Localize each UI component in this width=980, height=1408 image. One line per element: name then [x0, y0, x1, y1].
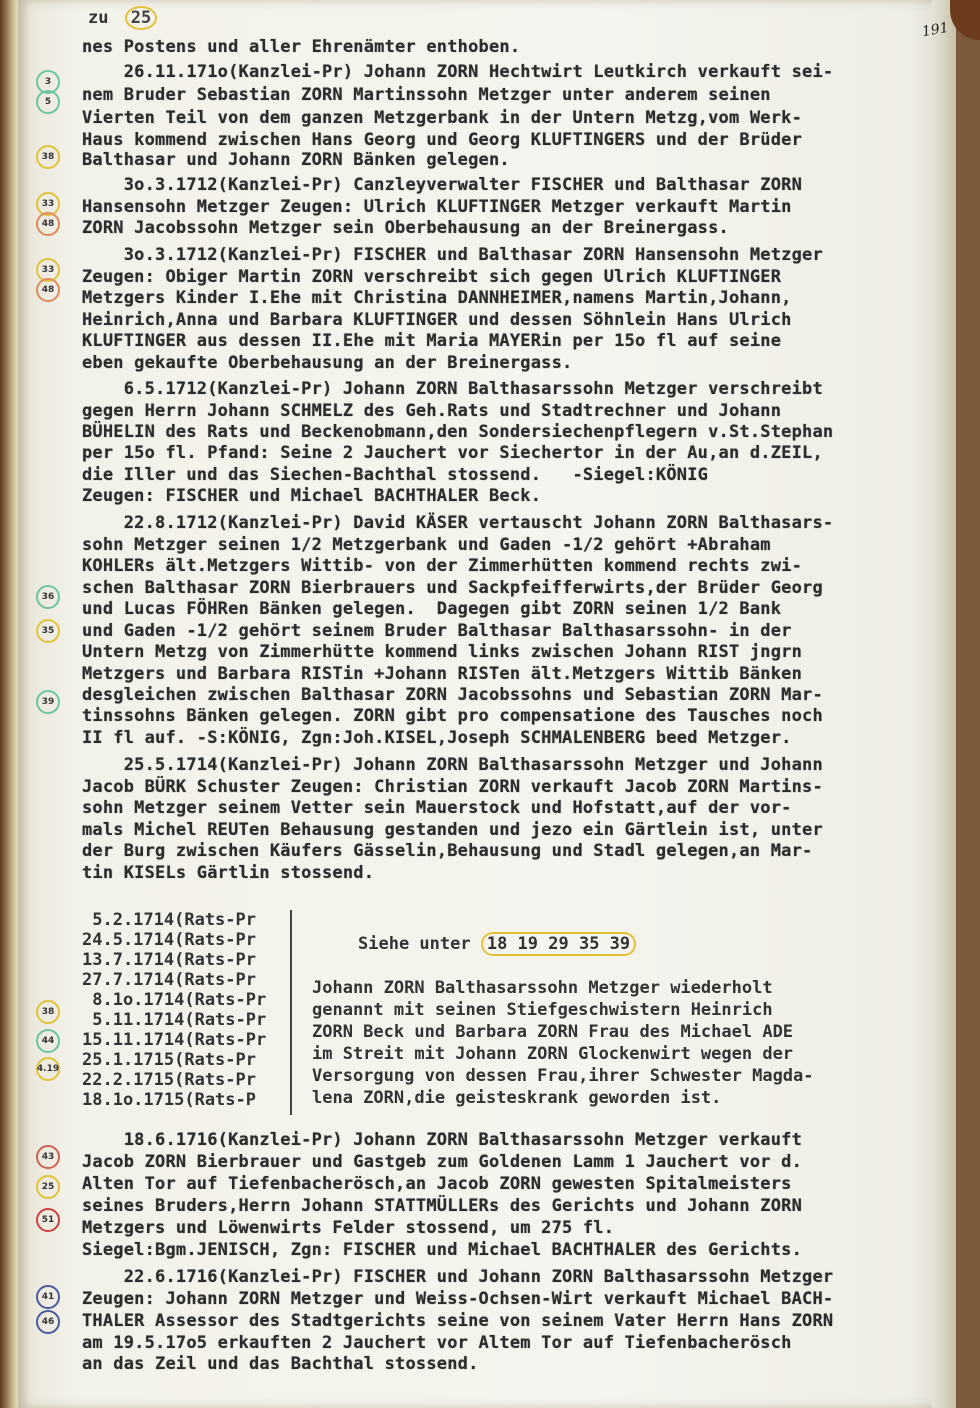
text-line: KLUFTINGER aus dessen II.Ehe mit Maria M… — [82, 333, 781, 350]
see-under-numbers: 18 19 29 35 39 — [481, 932, 636, 956]
text-line: Vierten Teil von dem ganzen Metzgerbank … — [82, 110, 802, 127]
text-line: 6.5.1712(Kanzlei-Pr) Johann ZORN Balthas… — [82, 381, 823, 398]
text-line: sohn Metzger seinen 1/2 Metzgerbank und … — [82, 537, 771, 554]
page-edge — [932, 0, 956, 1408]
summary-line: lena ZORN,die geisteskrank geworden ist. — [312, 1088, 814, 1110]
text-line: 22.8.1712(Kanzlei-Pr) David KÄSER vertau… — [82, 515, 833, 532]
summary-line: Versorgung von dessen Frau,ihrer Schwest… — [312, 1066, 814, 1088]
text-line: Zeugen: FISCHER und Michael BACHTHALER B… — [82, 488, 541, 505]
margin-circle-mark: 35 — [36, 619, 60, 643]
text-line: Haus kommend zwischen Hans Georg und Geo… — [82, 132, 802, 149]
text-line: am 19.5.17o5 erkauften 2 Jauchert vor Al… — [82, 1335, 792, 1352]
text-line: tinssohns Bänken gelegen. ZORN gibt pro … — [82, 708, 823, 725]
text-line: an das Zeil und das Bachthal stossend. — [82, 1356, 479, 1373]
text-line: 22.6.1716(Kanzlei-Pr) FISCHER und Johann… — [82, 1269, 833, 1286]
text-line: Jacob ZORN Bierbrauer und Gastgeb zum Go… — [82, 1154, 802, 1171]
text-line: 3o.3.1712(Kanzlei-Pr) FISCHER und Baltha… — [82, 247, 823, 264]
summary-line: im Streit mit Johann ZORN Glockenwirt we… — [312, 1044, 814, 1066]
text-line: mals Michel REUTen Behausung gestanden u… — [82, 822, 823, 839]
rats-entry: 15.11.1714(Rats-Pr — [82, 1030, 266, 1050]
margin-circle-mark: 5 — [36, 90, 60, 114]
rats-entry: 25.1.1715(Rats-Pr — [82, 1050, 266, 1070]
margin-circle-mark: 48 — [36, 278, 60, 302]
text-line: 3o.3.1712(Kanzlei-Pr) Canzleyverwalter F… — [82, 177, 802, 194]
text-line: Balthasar und Johann ZORN Bänken gelegen… — [82, 152, 510, 169]
header-ref-number: 25 — [125, 6, 157, 30]
text-line: eben gekaufte Oberbehausung an der Brein… — [82, 355, 572, 372]
text-line: tin KISELs Gärtlin stossend. — [82, 865, 374, 882]
text-line: nem Bruder Sebastian ZORN Martinssohn Me… — [82, 87, 771, 104]
text-line: Metzgers und Barbara RISTin +Johann RIST… — [82, 666, 802, 683]
text-line: THALER Assessor des Stadtgerichts seine … — [82, 1313, 833, 1330]
rats-protocol-list: 5.2.1714(Rats-Pr24.5.1714(Rats-Pr13.7.17… — [82, 910, 266, 1110]
margin-circle-mark: 36 — [36, 585, 60, 609]
brace-divider — [282, 910, 292, 1115]
text-line: BÜHELIN des Rats und Beckenobmann,den So… — [82, 424, 833, 441]
text-line: Siegel:Bgm.JENISCH, Zgn: FISCHER und Mic… — [82, 1242, 802, 1259]
rats-entry: 8.1o.1714(Rats-Pr — [82, 990, 266, 1010]
margin-circle-mark: 38 — [36, 145, 60, 169]
margin-circle-mark: 39 — [36, 690, 60, 714]
margin-circle-mark: 38 — [36, 1000, 60, 1024]
margin-circle-mark: 41 — [36, 1285, 60, 1309]
book-binding — [0, 0, 18, 1408]
text-line: Untern Metzg von Zimmerhütte kommend lin… — [82, 644, 802, 661]
rats-entry: 24.5.1714(Rats-Pr — [82, 930, 266, 950]
see-under-label: Siehe unter — [358, 934, 471, 954]
text-line: Alten Tor auf Tiefenbacherösch,an Jacob … — [82, 1176, 792, 1193]
summary-line: ZORN Beck und Barbara ZORN Frau des Mich… — [312, 1022, 814, 1044]
margin-circle-mark: 25 — [36, 1175, 60, 1199]
rats-entry: 18.1o.1715(Rats-P — [82, 1090, 266, 1110]
summary-line: Johann ZORN Balthasarssohn Metzger wiede… — [312, 978, 814, 1000]
margin-circle-mark: 51 — [36, 1208, 60, 1232]
text-line: Hansensohn Metzger Zeugen: Ulrich KLUFTI… — [82, 199, 792, 216]
text-line: der Burg zwischen Käufers Gässelin,Behau… — [82, 843, 812, 860]
see-under-reference: Siehe unter 18 19 29 35 39 — [358, 934, 636, 954]
margin-circle-mark: 43 — [36, 1145, 60, 1169]
margin-circle-mark: 4.19 — [36, 1057, 60, 1081]
rats-entry: 5.2.1714(Rats-Pr — [82, 910, 266, 930]
text-line: Jacob BÜRK Schuster Zeugen: Christian ZO… — [82, 779, 823, 796]
text-line: und Gaden -1/2 gehört seinem Bruder Balt… — [82, 623, 792, 640]
rats-entry: 27.7.1714(Rats-Pr — [82, 970, 266, 990]
rats-entry: 13.7.1714(Rats-Pr — [82, 950, 266, 970]
rats-entry: 5.11.1714(Rats-Pr — [82, 1010, 266, 1030]
text-line: sohn Metzger seinem Vetter sein Mauersto… — [82, 800, 792, 817]
margin-circle-mark: 46 — [36, 1310, 60, 1334]
text-line: seines Bruders,Herrn Johann STATTMÜLLERs… — [82, 1198, 802, 1215]
text-line: Zeugen: Johann ZORN Metzger und Weiss-Oc… — [82, 1291, 833, 1308]
rats-entry: 22.2.1715(Rats-Pr — [82, 1070, 266, 1090]
text-line: Heinrich,Anna und Barbara KLUFTINGER und… — [82, 312, 792, 329]
text-line: und Lucas FÖHRen Bänken gelegen. Dagegen… — [82, 601, 781, 618]
text-line: ZORN Jacobssohn Metzger sein Oberbehausu… — [82, 220, 729, 237]
text-line: Metzgers Kinder I.Ehe mit Christina DANN… — [82, 290, 792, 307]
rats-summary-block: Johann ZORN Balthasarssohn Metzger wiede… — [312, 978, 814, 1110]
text-line: 18.6.1716(Kanzlei-Pr) Johann ZORN Baltha… — [82, 1132, 802, 1149]
margin-circle-mark: 48 — [36, 212, 60, 236]
text-line: Zeugen: Obiger Martin ZORN verschreibt s… — [82, 269, 781, 286]
text-line: die Iller und das Siechen-Bachthal stoss… — [82, 467, 708, 484]
text-line: KOHLERs ält.Metzgers Wittib- von der Zim… — [82, 558, 802, 575]
summary-line: genannt mit seinen Stiefgeschwistern Hei… — [312, 1000, 814, 1022]
text-line: II fl auf. -S:KÖNIG, Zgn:Joh.KISEL,Josep… — [82, 730, 792, 747]
text-line: Metzgers und Löwenwirts Felder stossend,… — [82, 1220, 614, 1237]
margin-circle-mark: 44 — [36, 1029, 60, 1053]
text-line: nes Postens und aller Ehrenämter enthobe… — [82, 39, 520, 56]
text-line: 26.11.171o(Kanzlei-Pr) Johann ZORN Hecht… — [82, 64, 833, 81]
text-line: schen Balthasar ZORN Bierbrauers und Sac… — [82, 580, 823, 597]
text-line: desgleichen zwischen Balthasar ZORN Jaco… — [82, 687, 823, 704]
header-prefix: zu — [88, 8, 108, 28]
text-line: per 15o fl. Pfand: Seine 2 Jauchert vor … — [82, 445, 823, 462]
text-line: 25.5.1714(Kanzlei-Pr) Johann ZORN Baltha… — [82, 757, 823, 774]
page-header: zu 25 — [88, 6, 157, 30]
text-line: gegen Herrn Johann SCHMELZ des Geh.Rats … — [82, 403, 781, 420]
